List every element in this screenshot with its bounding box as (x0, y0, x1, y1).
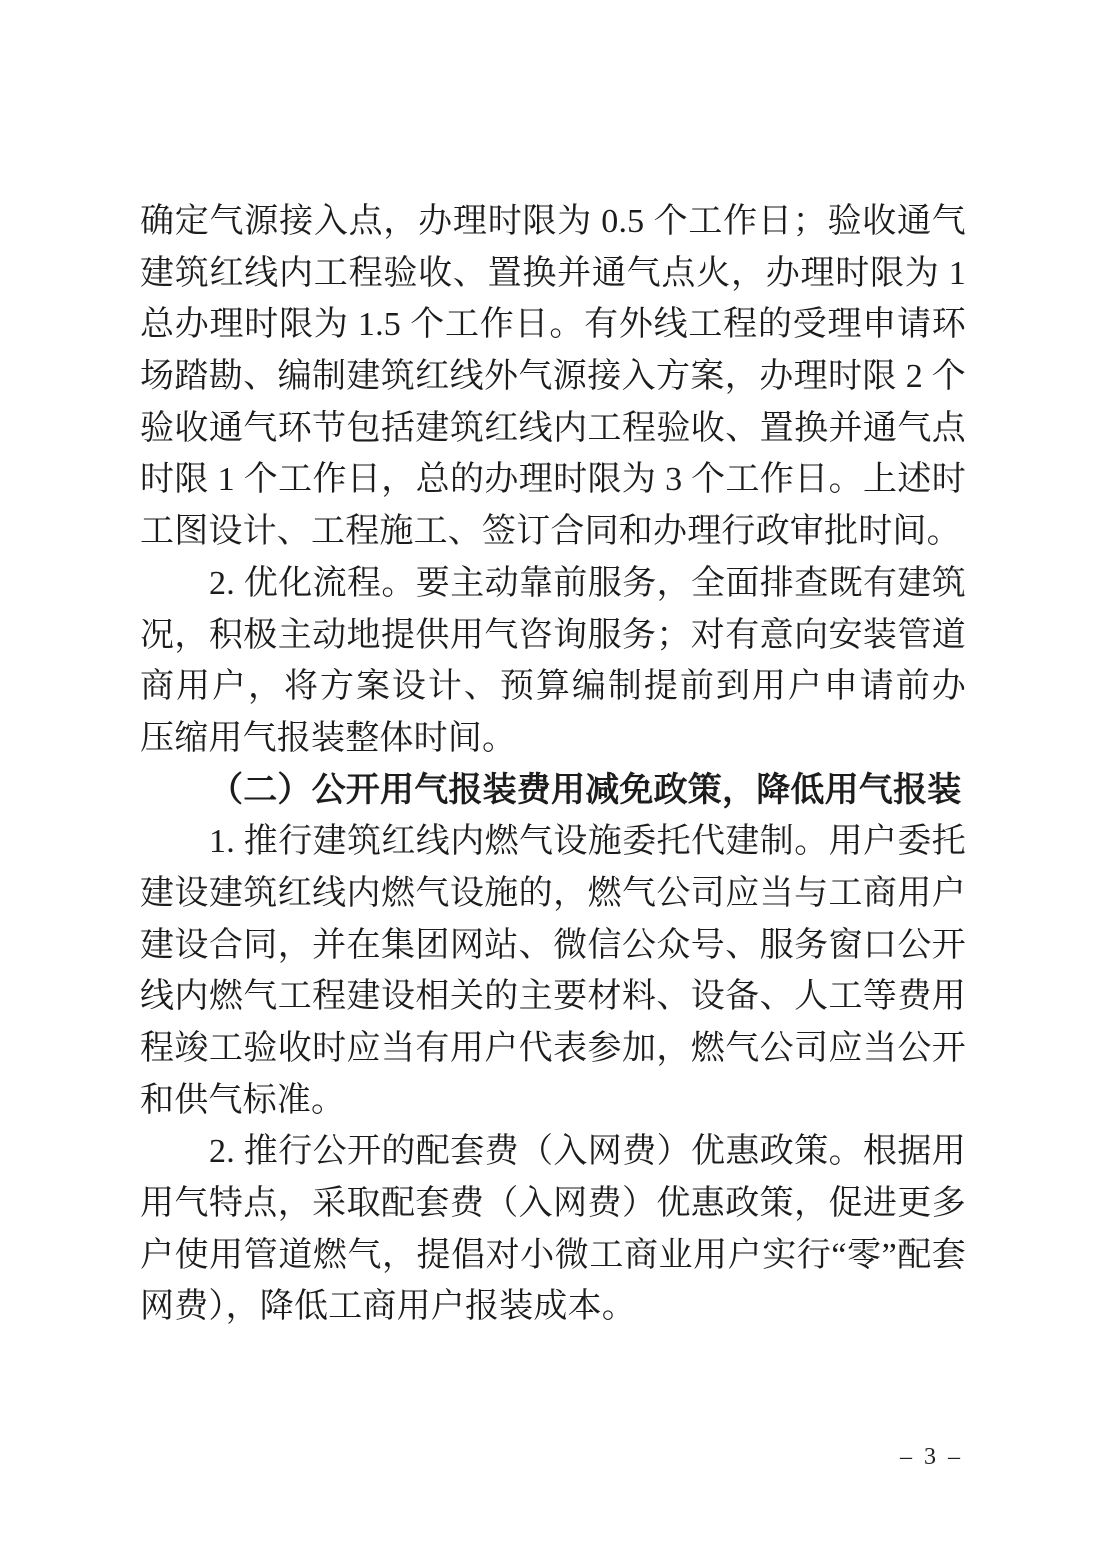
text-line: 建筑红线内工程验收、置换并通气点火，办理时限为 1 个工作日， (140, 248, 966, 300)
document-page: 确定气源接入点，办理时限为 0.5 个工作日；验收通气环节包括建筑红线内工程验收… (0, 0, 1102, 1559)
text-line: 和供气标准。 (140, 1075, 966, 1127)
text-line: 用气特点，采取配套费（入网费）优惠政策，促进更多的工商用 (140, 1178, 966, 1230)
text-line: 况，积极主动地提供用气咨询服务；对有意向安装管道燃气的工 (140, 610, 966, 662)
text-line: 建设合同，并在集团网站、微信公众号、服务窗口公开与建筑红 (140, 920, 966, 972)
text-line: 2. 推行公开的配套费（入网费）优惠政策。根据用气性质、 (140, 1126, 966, 1178)
text-line: 1. 推行建筑红线内燃气设施委托代建制。用户委托燃气公司 (140, 816, 966, 868)
text-line: （二）公开用气报装费用减免政策，降低用气报装成本 (140, 765, 966, 817)
text-line: 确定气源接入点，办理时限为 0.5 个工作日；验收通气环节包括 (140, 196, 966, 248)
text-line: 场踏勘、编制建筑红线外气源接入方案，办理时限 2 个工作日； (140, 351, 966, 403)
text-line: 总办理时限为 1.5 个工作日。有外线工程的受理申请环节包括现 (140, 299, 966, 351)
text-line: 2. 优化流程。要主动靠前服务，全面排查既有建筑的用气情 (140, 558, 966, 610)
text-line: 商用户，将方案设计、预算编制提前到用户申请前办理，进一步 (140, 661, 966, 713)
text-line: 压缩用气报装整体时间。 (140, 713, 966, 765)
document-body: 确定气源接入点，办理时限为 0.5 个工作日；验收通气环节包括建筑红线内工程验收… (140, 196, 966, 1333)
text-line: 时限 1 个工作日，总的办理时限为 3 个工作日。上述时限不含施 (140, 454, 966, 506)
text-line: 建设建筑红线内燃气设施的，燃气公司应当与工商用户签订委托 (140, 868, 966, 920)
text-line: 户使用管道燃气，提倡对小微工商业用户实行“零”配套费（入 (140, 1230, 966, 1282)
text-line: 线内燃气工程建设相关的主要材料、设备、人工等费用标准，工 (140, 971, 966, 1023)
text-line: 网费），降低工商用户报装成本。 (140, 1281, 966, 1333)
text-line: 工图设计、工程施工、签订合同和办理行政审批时间。 (140, 506, 966, 558)
text-line: 验收通气环节包括建筑红线内工程验收、置换并通气点火，办理 (140, 403, 966, 455)
text-line: 程竣工验收时应当有用户代表参加，燃气公司应当公开工程验收 (140, 1023, 966, 1075)
page-number: – 3 – (900, 1444, 963, 1471)
